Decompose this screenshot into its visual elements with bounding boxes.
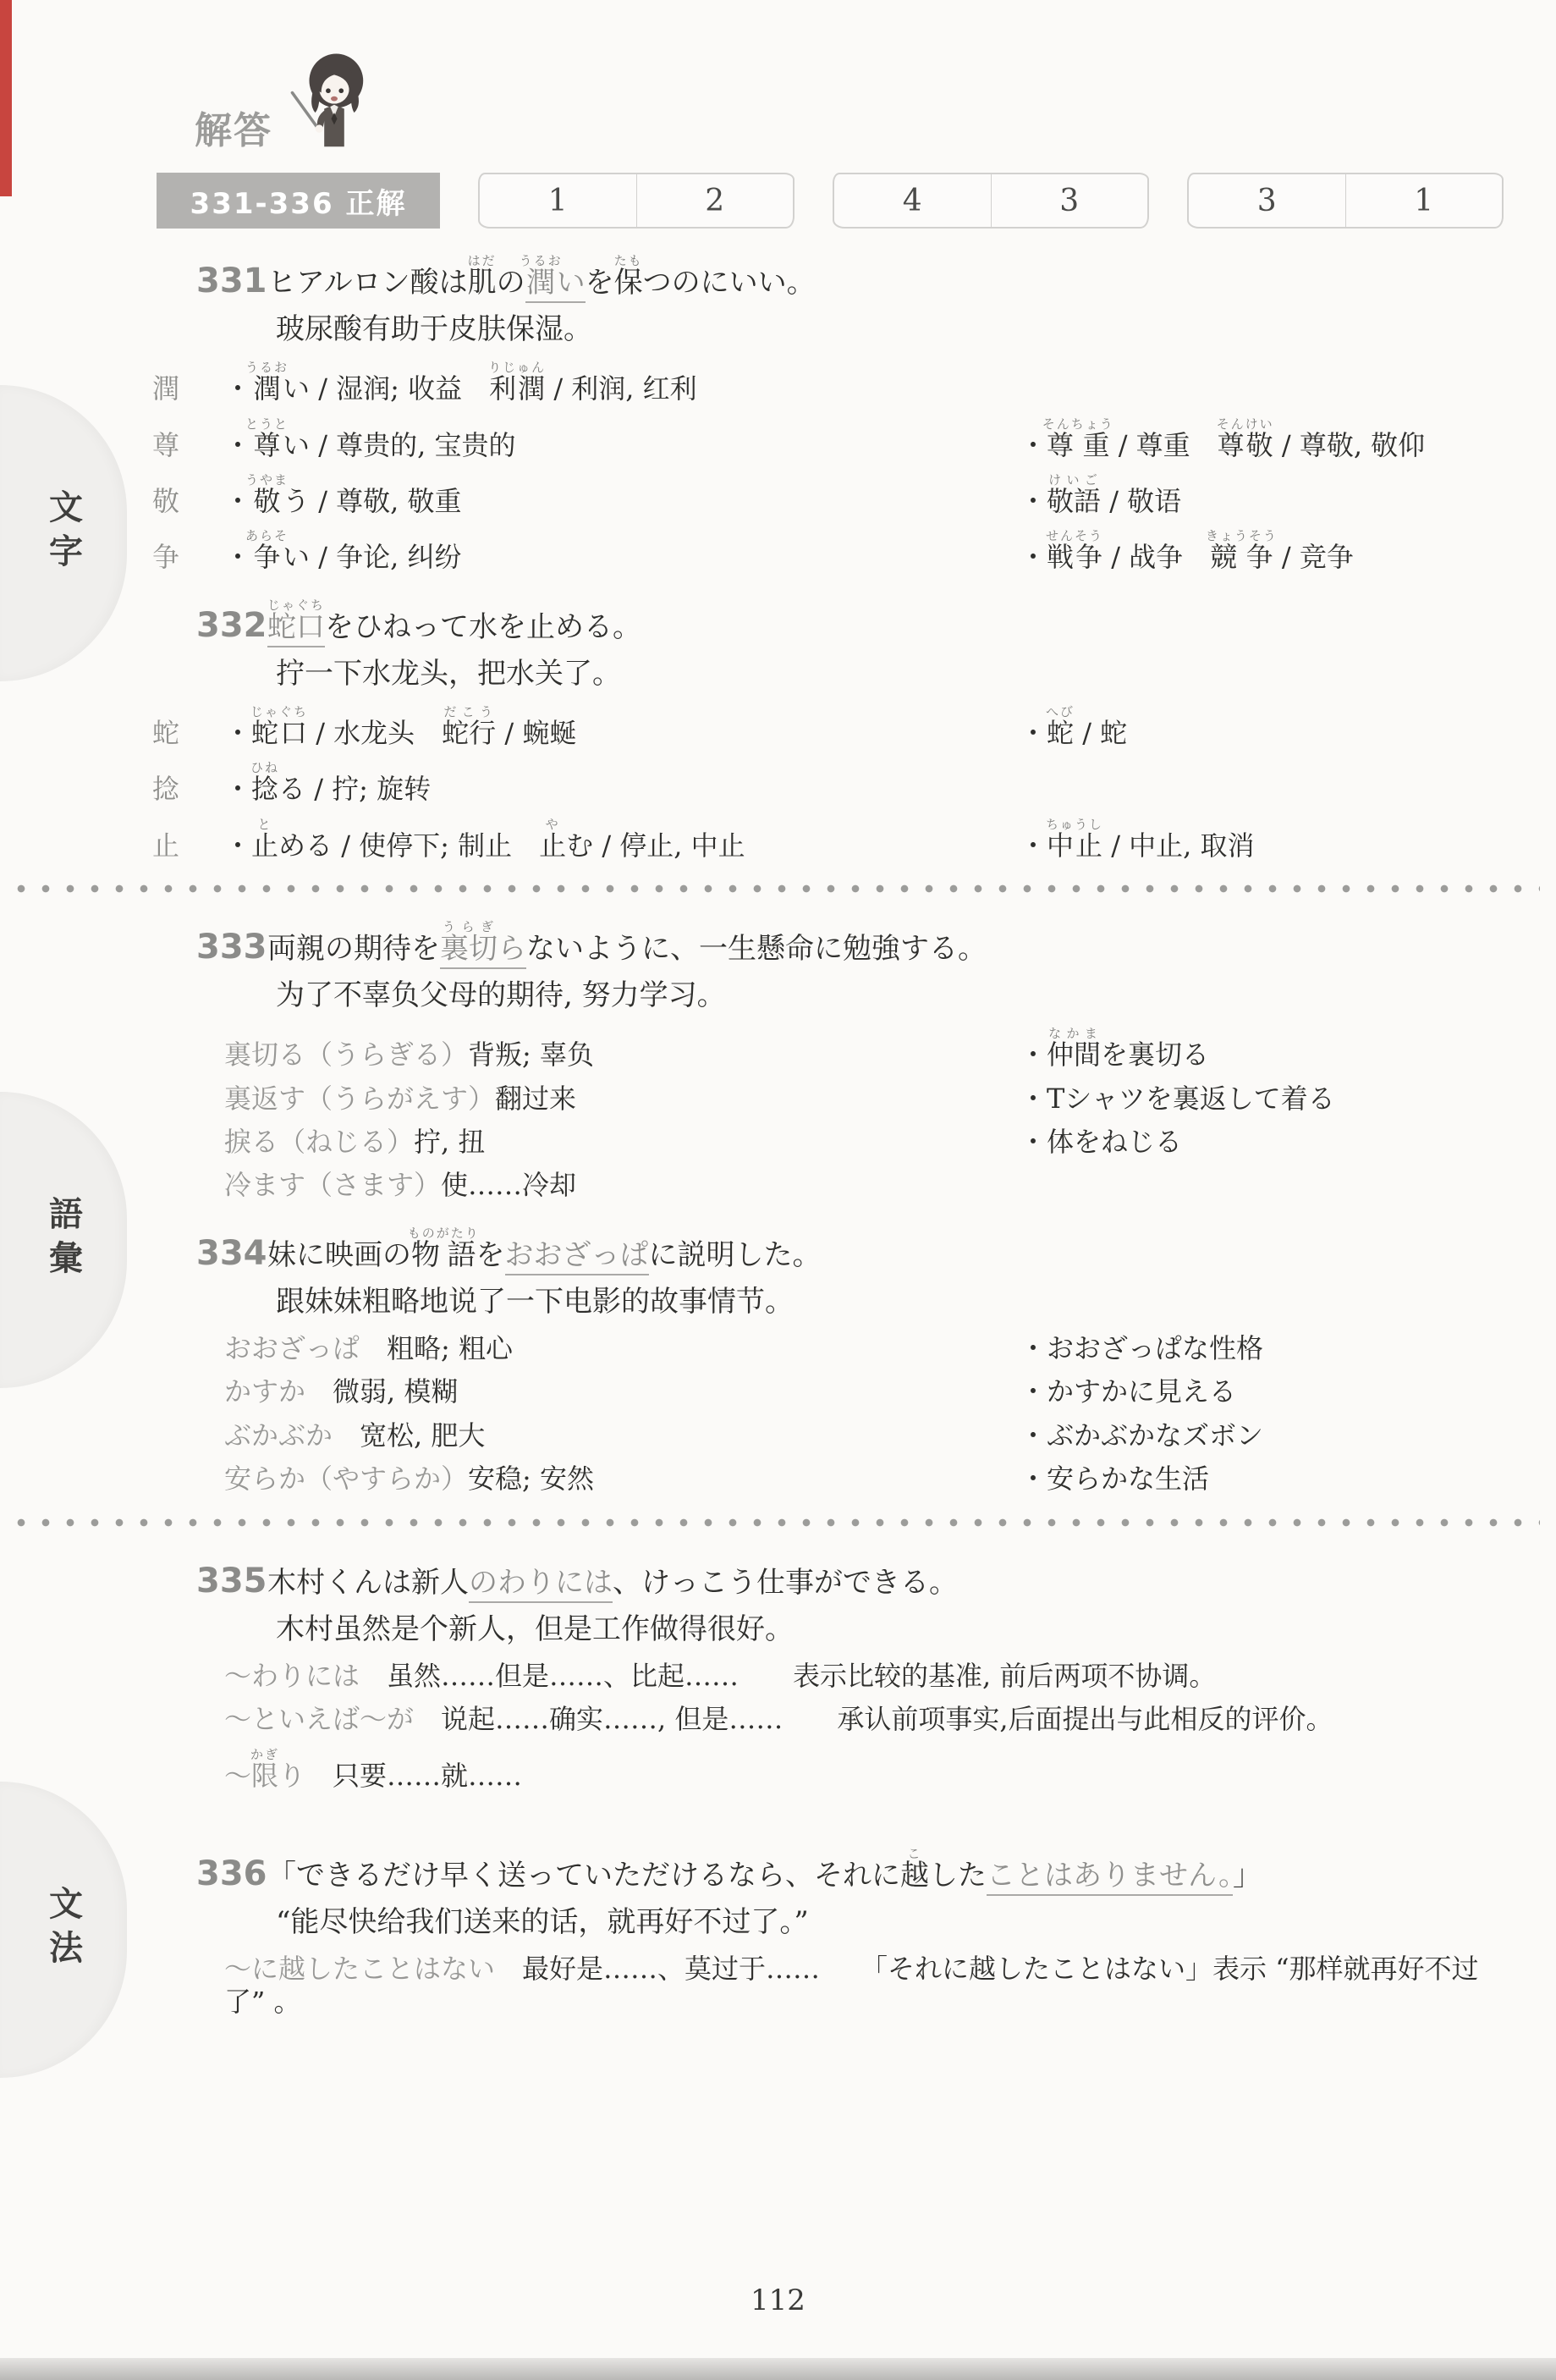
entry-example: ・蛇へび / 蛇 (1020, 704, 1515, 749)
entry-row: おおざっぱ 粗略; 粗心・おおざっぱな性格 (152, 1332, 1515, 1364)
question-translation: 玻尿酸有助于皮肤保湿。 (276, 311, 1515, 348)
entry-definition: 捩る（ねじる）拧, 扭 (224, 1126, 1020, 1158)
answer-word: 潤うるお (525, 266, 557, 303)
question-line: 331ヒアルロン酸は肌はだの潤うるおいを保たもつのにいい。 (110, 250, 1515, 302)
answer-word: のわりには (469, 1566, 613, 1603)
entry-row: ～に越したことはない 最好是……、莫过于…… 「それに越したことはない」表示 “… (152, 1953, 1515, 2018)
question-line: 335木村くんは新人のわりには、けっこう仕事ができる。 (110, 1550, 1515, 1602)
entry-row: 蛇・蛇口じゃぐち / 水龙头 蛇行だこう / 蜿蜒・蛇へび / 蛇 (152, 704, 1515, 749)
entry-definition: 裏返す（うらがえす）翻过来 (224, 1083, 1020, 1115)
entry-row: ～限かぎり 只要……就…… (152, 1747, 1515, 1792)
entries: 潤・潤うるおい / 湿润; 收益 利潤りじゅん / 利润, 红利尊・尊とうとい … (152, 360, 1515, 574)
entry-definition: ・捻ひねる / 拧; 旋转 (224, 760, 1515, 805)
section-335: 335木村くんは新人のわりには、けっこう仕事ができる。木村虽然是个新人，但是工作… (110, 1550, 1515, 1792)
entries: 蛇・蛇口じゃぐち / 水龙头 蛇行だこう / 蜿蜒・蛇へび / 蛇捻・捻ひねる … (152, 704, 1515, 862)
entry-headword: ～ (224, 1760, 251, 1792)
entry-headword: 裏返す（うらがえす） (224, 1083, 495, 1115)
entry-example: ・かすかに見える (1020, 1375, 1515, 1408)
tab-moji: 文字 (0, 385, 127, 681)
entries: 裏切る（うらぎる）背叛; 辜负・仲間なかまを裏切る裏返す（うらがえす）翻过来・T… (152, 1026, 1515, 1202)
entry-kanji: 尊 (152, 429, 224, 461)
entry-row: ぶかぶか 宽松, 肥大・ぶかぶかなズボン (152, 1419, 1515, 1452)
entry-row: 裏切る（うらぎる）背叛; 辜负・仲間なかまを裏切る (152, 1026, 1515, 1071)
answer-value: 1 (1345, 174, 1503, 227)
entry-kanji: 敬 (152, 485, 224, 517)
entries: ～わりには 虽然……但是……、比起…… 表示比较的基准, 前后两项不协调。～とい… (152, 1660, 1515, 1792)
entry-example: ・体をねじる (1020, 1126, 1515, 1158)
question-translation: 木村虽然是个新人，但是工作做得很好。 (276, 1611, 1515, 1648)
answer-word: 裏切うらぎ (440, 932, 498, 969)
page-number: 112 (0, 2284, 1556, 2317)
entry-row: 争・争あらそい / 争论, 纠纷・戦争せんそう / 战争 競争きょうそう / 竞… (152, 528, 1515, 573)
dotted-separator (17, 1518, 1540, 1528)
answer-word: おおざっぱ (505, 1238, 649, 1275)
answer-value: 3 (991, 174, 1148, 227)
entry-definition: ～に越したことはない 最好是……、莫过于…… 「それに越したことはない」表示 “… (224, 1953, 1515, 2018)
answer-value: 2 (636, 174, 794, 227)
entry-example: ・おおざっぱな性格 (1020, 1332, 1515, 1364)
question-translation: 跟妹妹粗略地说了一下电影的故事情节。 (276, 1283, 1515, 1320)
entry-headword: かすか (224, 1375, 305, 1408)
answer-word: ことはありません。 (987, 1859, 1233, 1896)
answer-intro: 解答 (195, 47, 1515, 155)
entry-definition: ・潤うるおい / 湿润; 收益 利潤りじゅん / 利润, 红利 (224, 360, 1515, 405)
entry-row: 安らか（やすらか）安稳; 安然・安らかな生活 (152, 1463, 1515, 1495)
entry-example: ・敬語けいご / 敬语 (1020, 472, 1515, 517)
entry-row: ～といえば～が 说起……确实……, 但是…… 承认前项事实,后面提出与此相反的评… (152, 1703, 1515, 1735)
section-332: 332蛇口じゃぐちをひねって水を止める。拧一下水龙头，把水关了。蛇・蛇口じゃぐち… (110, 594, 1515, 862)
question-number: 331 (196, 260, 267, 302)
entry-row: 尊・尊とうとい / 尊贵的, 宝贵的・尊重そんちょう / 尊重 尊敬そんけい /… (152, 416, 1515, 461)
entry-headword: 安らか（やすらか） (224, 1463, 468, 1495)
dotted-separator (17, 884, 1540, 894)
question-translation: 为了不辜负父母的期待, 努力学习。 (276, 977, 1515, 1014)
textbook-page: { "page": { "answer_label": "解答", "page_… (0, 0, 1556, 2380)
entry-headword: ～といえば～が (224, 1703, 414, 1735)
entries: おおざっぱ 粗略; 粗心・おおざっぱな性格かすか 微弱, 模糊・かすかに見えるぶ… (152, 1332, 1515, 1496)
entry-definition: ・尊とうとい / 尊贵的, 宝贵的 (224, 416, 1020, 461)
question-number: 335 (196, 1560, 267, 1602)
entry-row: かすか 微弱, 模糊・かすかに見える (152, 1375, 1515, 1408)
entry-example: ・ぶかぶかなズボン (1020, 1419, 1515, 1452)
entry-example: ・安らかな生活 (1020, 1463, 1515, 1495)
entry-row: 冷ます（さます）使……冷却 (152, 1169, 1515, 1201)
question-sentence: 両親の期待を裏切うらぎらないように、一生懸命に勉強する。 (267, 916, 1515, 967)
tab-moji-label: 文字 (40, 489, 88, 577)
entry-kanji: 止 (152, 829, 224, 862)
answer-value: 1 (480, 174, 636, 227)
answer-group-3: 31 (1187, 173, 1504, 229)
entry-headword: おおざっぱ (224, 1332, 360, 1364)
question-line: 334妹に映画の物語ものがたりをおおざっぱに説明した。 (110, 1222, 1515, 1275)
entry-headword: 捩る（ねじる） (224, 1126, 414, 1158)
answer-range-box: 331-336 正解 (157, 173, 440, 229)
entry-definition: ～限かぎり 只要……就…… (224, 1747, 1515, 1792)
answer-group-1: 12 (478, 173, 794, 229)
answer-word: 蛇口じゃぐち (267, 610, 325, 647)
question-number: 332 (196, 604, 267, 647)
question-number: 336 (196, 1853, 267, 1895)
section-334: 334妹に映画の物語ものがたりをおおざっぱに説明した。跟妹妹粗略地说了一下电影的… (110, 1222, 1515, 1496)
question-number: 334 (196, 1232, 267, 1275)
entry-example: ・中止ちゅうし / 中止, 取消 (1020, 817, 1515, 862)
entry-example: ・Tシャツを裏返して着る (1020, 1083, 1515, 1115)
section-333: 333両親の期待を裏切うらぎらないように、一生懸命に勉強する。为了不辜负父母的期… (110, 916, 1515, 1202)
entry-definition: ぶかぶか 宽松, 肥大 (224, 1419, 1020, 1452)
answer-range-label: 331-336 正解 (190, 180, 407, 222)
question-translation: 拧一下水龙头，把水关了。 (276, 655, 1515, 692)
question-number: 333 (196, 926, 267, 968)
entry-headword: 冷ます（さます） (224, 1169, 441, 1201)
entry-headword: ～わりには (224, 1660, 360, 1692)
entry-row: 潤・潤うるおい / 湿润; 收益 利潤りじゅん / 利润, 红利 (152, 360, 1515, 405)
teacher-girl-illustration (284, 47, 384, 155)
entry-kanji: 蛇 (152, 717, 224, 749)
entry-headword: ぶかぶか (224, 1419, 333, 1452)
entry-headword: ～に越したことはない (224, 1953, 495, 1985)
entry-example: ・仲間なかまを裏切る (1020, 1026, 1515, 1071)
answer-group-2: 43 (833, 173, 1149, 229)
entry-definition: ・敬うやまう / 尊敬, 敬重 (224, 472, 1020, 517)
entry-definition: 冷ます（さます）使……冷却 (224, 1169, 1515, 1201)
question-line: 336「できるだけ早く送っていただけるなら、それに越こしたことはありません。」 (110, 1843, 1515, 1895)
entry-example: ・戦争せんそう / 战争 競争きょうそう / 竞争 (1020, 528, 1515, 573)
entry-row: 捩る（ねじる）拧, 扭・体をねじる (152, 1126, 1515, 1158)
tab-bunpo-label: 文法 (40, 1886, 88, 1974)
question-sentence: ヒアルロン酸は肌はだの潤うるおいを保たもつのにいい。 (267, 250, 1515, 301)
entry-definition: 安らか（やすらか）安稳; 安然 (224, 1463, 1020, 1495)
entry-row: ～わりには 虽然……但是……、比起…… 表示比较的基准, 前后两项不协调。 (152, 1660, 1515, 1692)
answer-value: 3 (1189, 174, 1345, 227)
entry-definition: 裏切る（うらぎる）背叛; 辜负 (224, 1038, 1020, 1071)
tab-goi: 語彙 (0, 1092, 127, 1388)
answer-groups: 124331 (440, 173, 1504, 229)
question-sentence: 「できるだけ早く送っていただけるなら、それに越こしたことはありません。」 (267, 1843, 1515, 1894)
tab-bunpo: 文法 (0, 1782, 127, 2078)
entry-definition: ・止とめる / 使停下; 制止 止やむ / 停止, 中止 (224, 817, 1020, 862)
question-sentence: 妹に映画の物語ものがたりをおおざっぱに説明した。 (267, 1222, 1515, 1274)
entry-headword: 裏切る（うらぎる） (224, 1038, 468, 1071)
section-331: 331ヒアルロン酸は肌はだの潤うるおいを保たもつのにいい。玻尿酸有助于皮肤保湿。… (110, 250, 1515, 574)
entry-definition: ・争あらそい / 争论, 纠纷 (224, 528, 1020, 573)
answer-word: い (557, 266, 586, 303)
page-content: 解答 331-336 正解 124331 331ヒアルロン酸は肌はだの潤うるおい… (110, 47, 1515, 2029)
answer-key-header: 331-336 正解 124331 (157, 172, 1515, 229)
page-corner-strip (0, 0, 12, 196)
question-line: 332蛇口じゃぐちをひねって水を止める。 (110, 594, 1515, 647)
entry-row: 止・止とめる / 使停下; 制止 止やむ / 停止, 中止・中止ちゅうし / 中… (152, 817, 1515, 862)
page-bottom-edge (0, 2358, 1556, 2380)
answer-value: 4 (834, 174, 991, 227)
entry-definition: ・蛇口じゃぐち / 水龙头 蛇行だこう / 蜿蜒 (224, 704, 1020, 749)
entry-example: ・尊重そんちょう / 尊重 尊敬そんけい / 尊敬, 敬仰 (1020, 416, 1515, 461)
entry-definition: ～わりには 虽然……但是……、比起…… 表示比较的基准, 前后两项不协调。 (224, 1660, 1515, 1692)
entry-row: 敬・敬うやまう / 尊敬, 敬重・敬語けいご / 敬语 (152, 472, 1515, 517)
answer-label: 解答 (195, 113, 272, 150)
entry-row: 裏返す（うらがえす）翻过来・Tシャツを裏返して着る (152, 1083, 1515, 1115)
entry-headword: り (278, 1760, 305, 1792)
entry-kanji: 潤 (152, 372, 224, 405)
entry-definition: ～といえば～が 说起……确实……, 但是…… 承认前项事实,后面提出与此相反的评… (224, 1703, 1515, 1735)
section-336: 336「できるだけ早く送っていただけるなら、それに越こしたことはありません。」“… (110, 1843, 1515, 2018)
sections: 331ヒアルロン酸は肌はだの潤うるおいを保たもつのにいい。玻尿酸有助于皮肤保湿。… (110, 250, 1515, 2018)
entry-kanji: 争 (152, 541, 224, 573)
question-translation: “能尽快给我们送来的话，就再好不过了。” (276, 1903, 1515, 1941)
entry-row: 捻・捻ひねる / 拧; 旋转 (152, 760, 1515, 805)
question-sentence: 蛇口じゃぐちをひねって水を止める。 (267, 594, 1515, 646)
question-sentence: 木村くんは新人のわりには、けっこう仕事ができる。 (267, 1550, 1515, 1601)
entry-headword: 限かぎ (251, 1760, 278, 1792)
entry-kanji: 捻 (152, 773, 224, 805)
question-line: 333両親の期待を裏切うらぎらないように、一生懸命に勉強する。 (110, 916, 1515, 968)
entries: ～に越したことはない 最好是……、莫过于…… 「それに越したことはない」表示 “… (152, 1953, 1515, 2018)
tab-goi-label: 語彙 (40, 1196, 88, 1284)
entry-definition: かすか 微弱, 模糊 (224, 1375, 1020, 1408)
answer-word: ら (498, 932, 526, 969)
entry-definition: おおざっぱ 粗略; 粗心 (224, 1332, 1020, 1364)
